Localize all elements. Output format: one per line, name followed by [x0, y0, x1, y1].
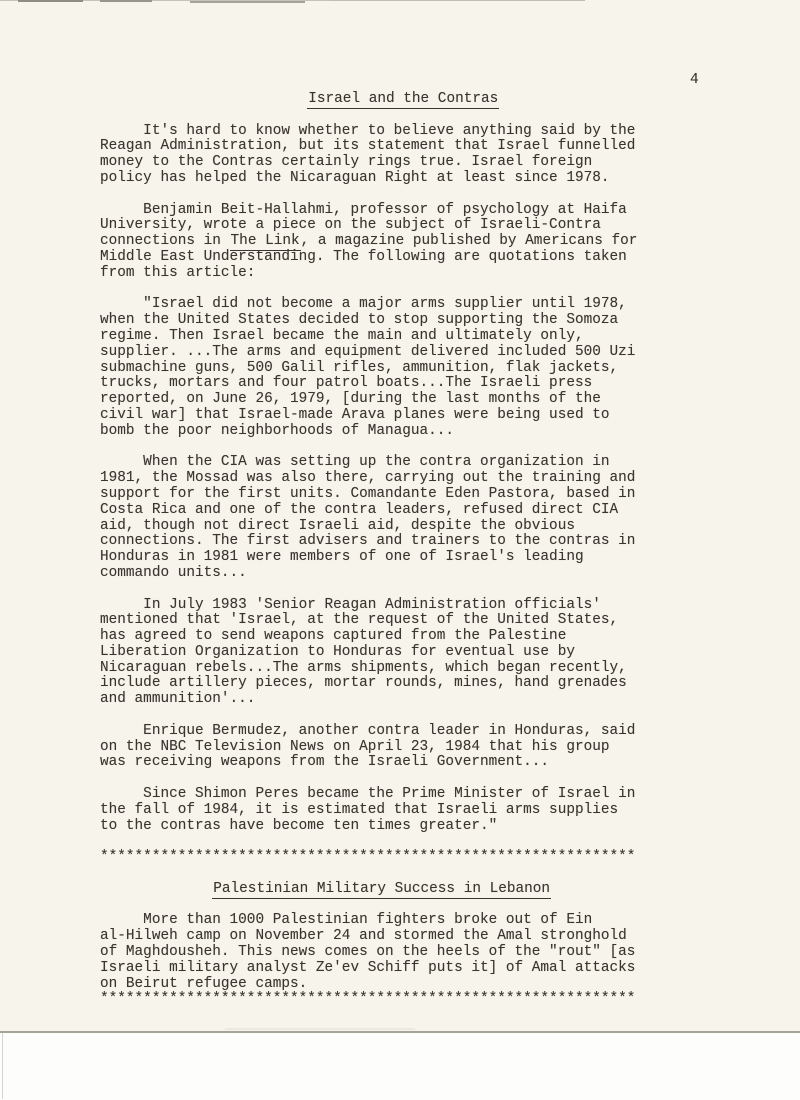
text-line: Enrique Bermudez, another contra leader …: [100, 724, 660, 740]
text-line: and ammunition'...: [100, 692, 660, 708]
text-line: More than 1000 Palestinian fighters brok…: [100, 913, 660, 929]
scan-bottom-edge-artifact: [225, 1028, 415, 1030]
text-line: to the contras have become ten times gre…: [100, 819, 660, 835]
blank-line: [100, 708, 660, 724]
text-line: supplier. ...The arms and equipment deli…: [100, 345, 660, 361]
text-line: policy has helped the Nicaraguan Right a…: [100, 171, 660, 187]
paper-sheet: 4 Israel and the Contras It's hard to kn…: [0, 0, 800, 1033]
screenshot-root: { "page": { "number": "4", "paper_color"…: [0, 0, 800, 1100]
text-line: when the United States decided to stop s…: [100, 313, 660, 329]
blank-line: [100, 834, 660, 850]
text-line: University, wrote a piece on the subject…: [100, 218, 660, 234]
text-line: from this article:: [100, 266, 660, 282]
page-number: 4: [690, 73, 699, 89]
blank-line: [100, 771, 660, 787]
text-line: reported, on June 26, 1979, [during the …: [100, 392, 660, 408]
text-line: money to the Contras certainly rings tru…: [100, 155, 660, 171]
text-line: mentioned that 'Israel, at the request o…: [100, 613, 660, 629]
text-line: When the CIA was setting up the contra o…: [100, 455, 660, 471]
document-body: Israel and the Contras It's hard to know…: [100, 92, 660, 1008]
text-line: connections in The Link, a magazine publ…: [100, 234, 660, 250]
text-line: the fall of 1984, it is estimated that I…: [100, 803, 660, 819]
blank-line: [100, 282, 660, 298]
text-line: Honduras in 1981 were members of one of …: [100, 550, 660, 566]
text-line: include artillery pieces, mortar rounds,…: [100, 676, 660, 692]
section-heading: Israel and the Contras: [100, 92, 660, 108]
blank-line: [100, 866, 660, 882]
section-heading-text: Israel and the Contras: [307, 91, 499, 109]
text-line: Costa Rica and one of the contra leaders…: [100, 503, 660, 519]
text-line: Israeli military analyst Ze'ev Schiff pu…: [100, 961, 660, 977]
text-line: regime. Then Israel became the main and …: [100, 329, 660, 345]
text-line: commando units...: [100, 566, 660, 582]
text-line: of Maghdousheh. This news comes on the h…: [100, 945, 660, 961]
text-line: Middle East Understanding. The following…: [100, 250, 660, 266]
text-line: has agreed to send weapons captured from…: [100, 629, 660, 645]
scan-top-edge-artifact: [330, 0, 585, 1]
scan-top-edge-artifact: [190, 1, 305, 3]
text-line: Liberation Organization to Honduras for …: [100, 645, 660, 661]
text-line: civil war] that Israel-made Arava planes…: [100, 408, 660, 424]
text-line: "Israel did not become a major arms supp…: [100, 297, 660, 313]
section-heading-text: Palestinian Military Success in Lebanon: [212, 881, 551, 899]
text-line: Reagan Administration, but its statement…: [100, 139, 660, 155]
asterisk-divider: ****************************************…: [100, 850, 660, 866]
text-line: In July 1983 'Senior Reagan Administrati…: [100, 598, 660, 614]
text-line: 1981, the Mossad was also there, carryin…: [100, 471, 660, 487]
text-line: connections. The first advisers and trai…: [100, 534, 660, 550]
scan-left-edge-artifact: [2, 1033, 3, 1099]
scan-top-edge-artifact: [100, 0, 152, 2]
asterisk-divider: ****************************************…: [100, 992, 660, 1008]
text-line: aid, though not direct Israeli aid, desp…: [100, 519, 660, 535]
scan-top-edge-artifact: [18, 0, 83, 2]
text-line: bomb the poor neighborhoods of Managua..…: [100, 424, 660, 440]
text-line: support for the first units. Comandante …: [100, 487, 660, 503]
blank-line: [100, 187, 660, 203]
text-line: was receiving weapons from the Israeli G…: [100, 755, 660, 771]
blank-line: [100, 108, 660, 124]
text-line: al-Hilweh camp on November 24 and storme…: [100, 929, 660, 945]
blank-line: [100, 440, 660, 456]
blank-line: [100, 582, 660, 598]
section-heading: Palestinian Military Success in Lebanon: [100, 882, 660, 898]
text-line: Benjamin Beit-Hallahmi, professor of psy…: [100, 203, 660, 219]
text-line: submachine guns, 500 Galil rifles, ammun…: [100, 361, 660, 377]
text-line: Since Shimon Peres became the Prime Mini…: [100, 787, 660, 803]
text-line: trucks, mortars and four patrol boats...…: [100, 376, 660, 392]
